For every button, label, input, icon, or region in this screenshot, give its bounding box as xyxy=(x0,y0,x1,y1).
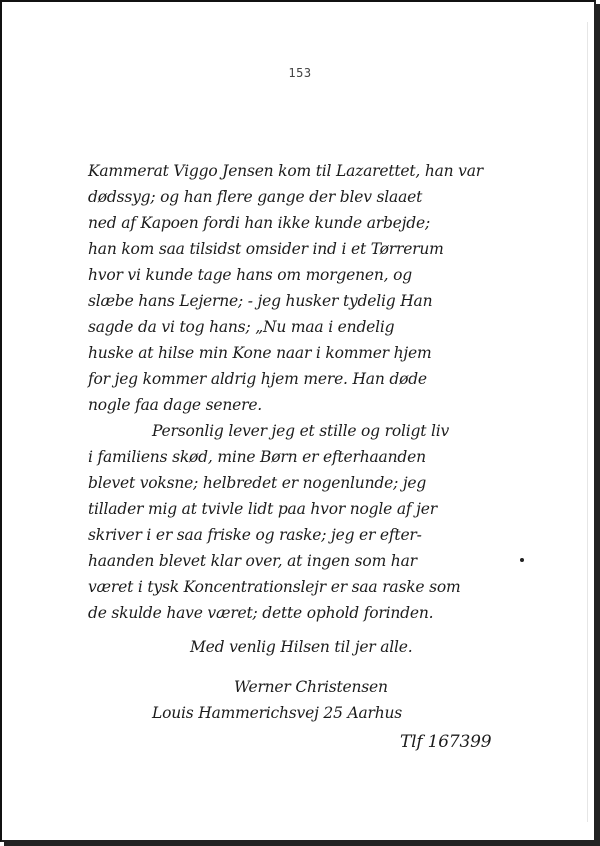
page-number: 153 xyxy=(2,66,598,80)
body-line: slæbe hans Lejerne; - jeg husker tydelig… xyxy=(88,292,432,310)
signature-telephone: Tlf 167399 xyxy=(400,732,491,752)
signature-address: Louis Hammerichsvej 25 Aarhus xyxy=(152,704,402,722)
body-line: huske at hilse min Kone naar i kommer hj… xyxy=(88,344,431,362)
body-line: dødssyg; og han flere gange der blev sla… xyxy=(88,188,422,206)
scan-artifact-line xyxy=(587,22,588,822)
body-line: sagde da vi tog hans; „Nu maa i endelig xyxy=(88,318,394,336)
body-line: han kom saa tilsidst omsider ind i et Tø… xyxy=(88,240,444,258)
signature-name: Werner Christensen xyxy=(234,678,388,696)
closing-salutation: Med venlig Hilsen til jer alle. xyxy=(190,638,412,656)
body-line: nogle faa dage senere. xyxy=(88,396,262,414)
body-line: haanden blevet klar over, at ingen som h… xyxy=(88,552,417,570)
body-line: skriver i er saa friske og raske; jeg er… xyxy=(88,526,422,544)
body-line: Kammerat Viggo Jensen kom til Lazarettet… xyxy=(88,162,483,180)
body-line: i familiens skød, mine Børn er efterhaan… xyxy=(88,448,426,466)
body-line: tillader mig at tvivle lidt paa hvor nog… xyxy=(88,500,437,518)
body-line: blevet voksne; helbredet er nogenlunde; … xyxy=(88,474,426,492)
body-line: ned af Kapoen fordi han ikke kunde arbej… xyxy=(88,214,430,232)
body-line: for jeg kommer aldrig hjem mere. Han død… xyxy=(88,370,427,388)
body-line: været i tysk Koncentrationslejr er saa r… xyxy=(88,578,460,596)
document-page: 153 Kammerat Viggo Jensen kom til Lazare… xyxy=(0,0,596,842)
body-line: Personlig lever jeg et stille og roligt … xyxy=(152,422,449,440)
body-line: hvor vi kunde tage hans om morgenen, og xyxy=(88,266,412,284)
page-shadow-bottom xyxy=(4,842,600,846)
ink-dot xyxy=(520,558,524,562)
body-line: de skulde have været; dette ophold forin… xyxy=(88,604,433,622)
page-shadow-right xyxy=(596,4,600,846)
